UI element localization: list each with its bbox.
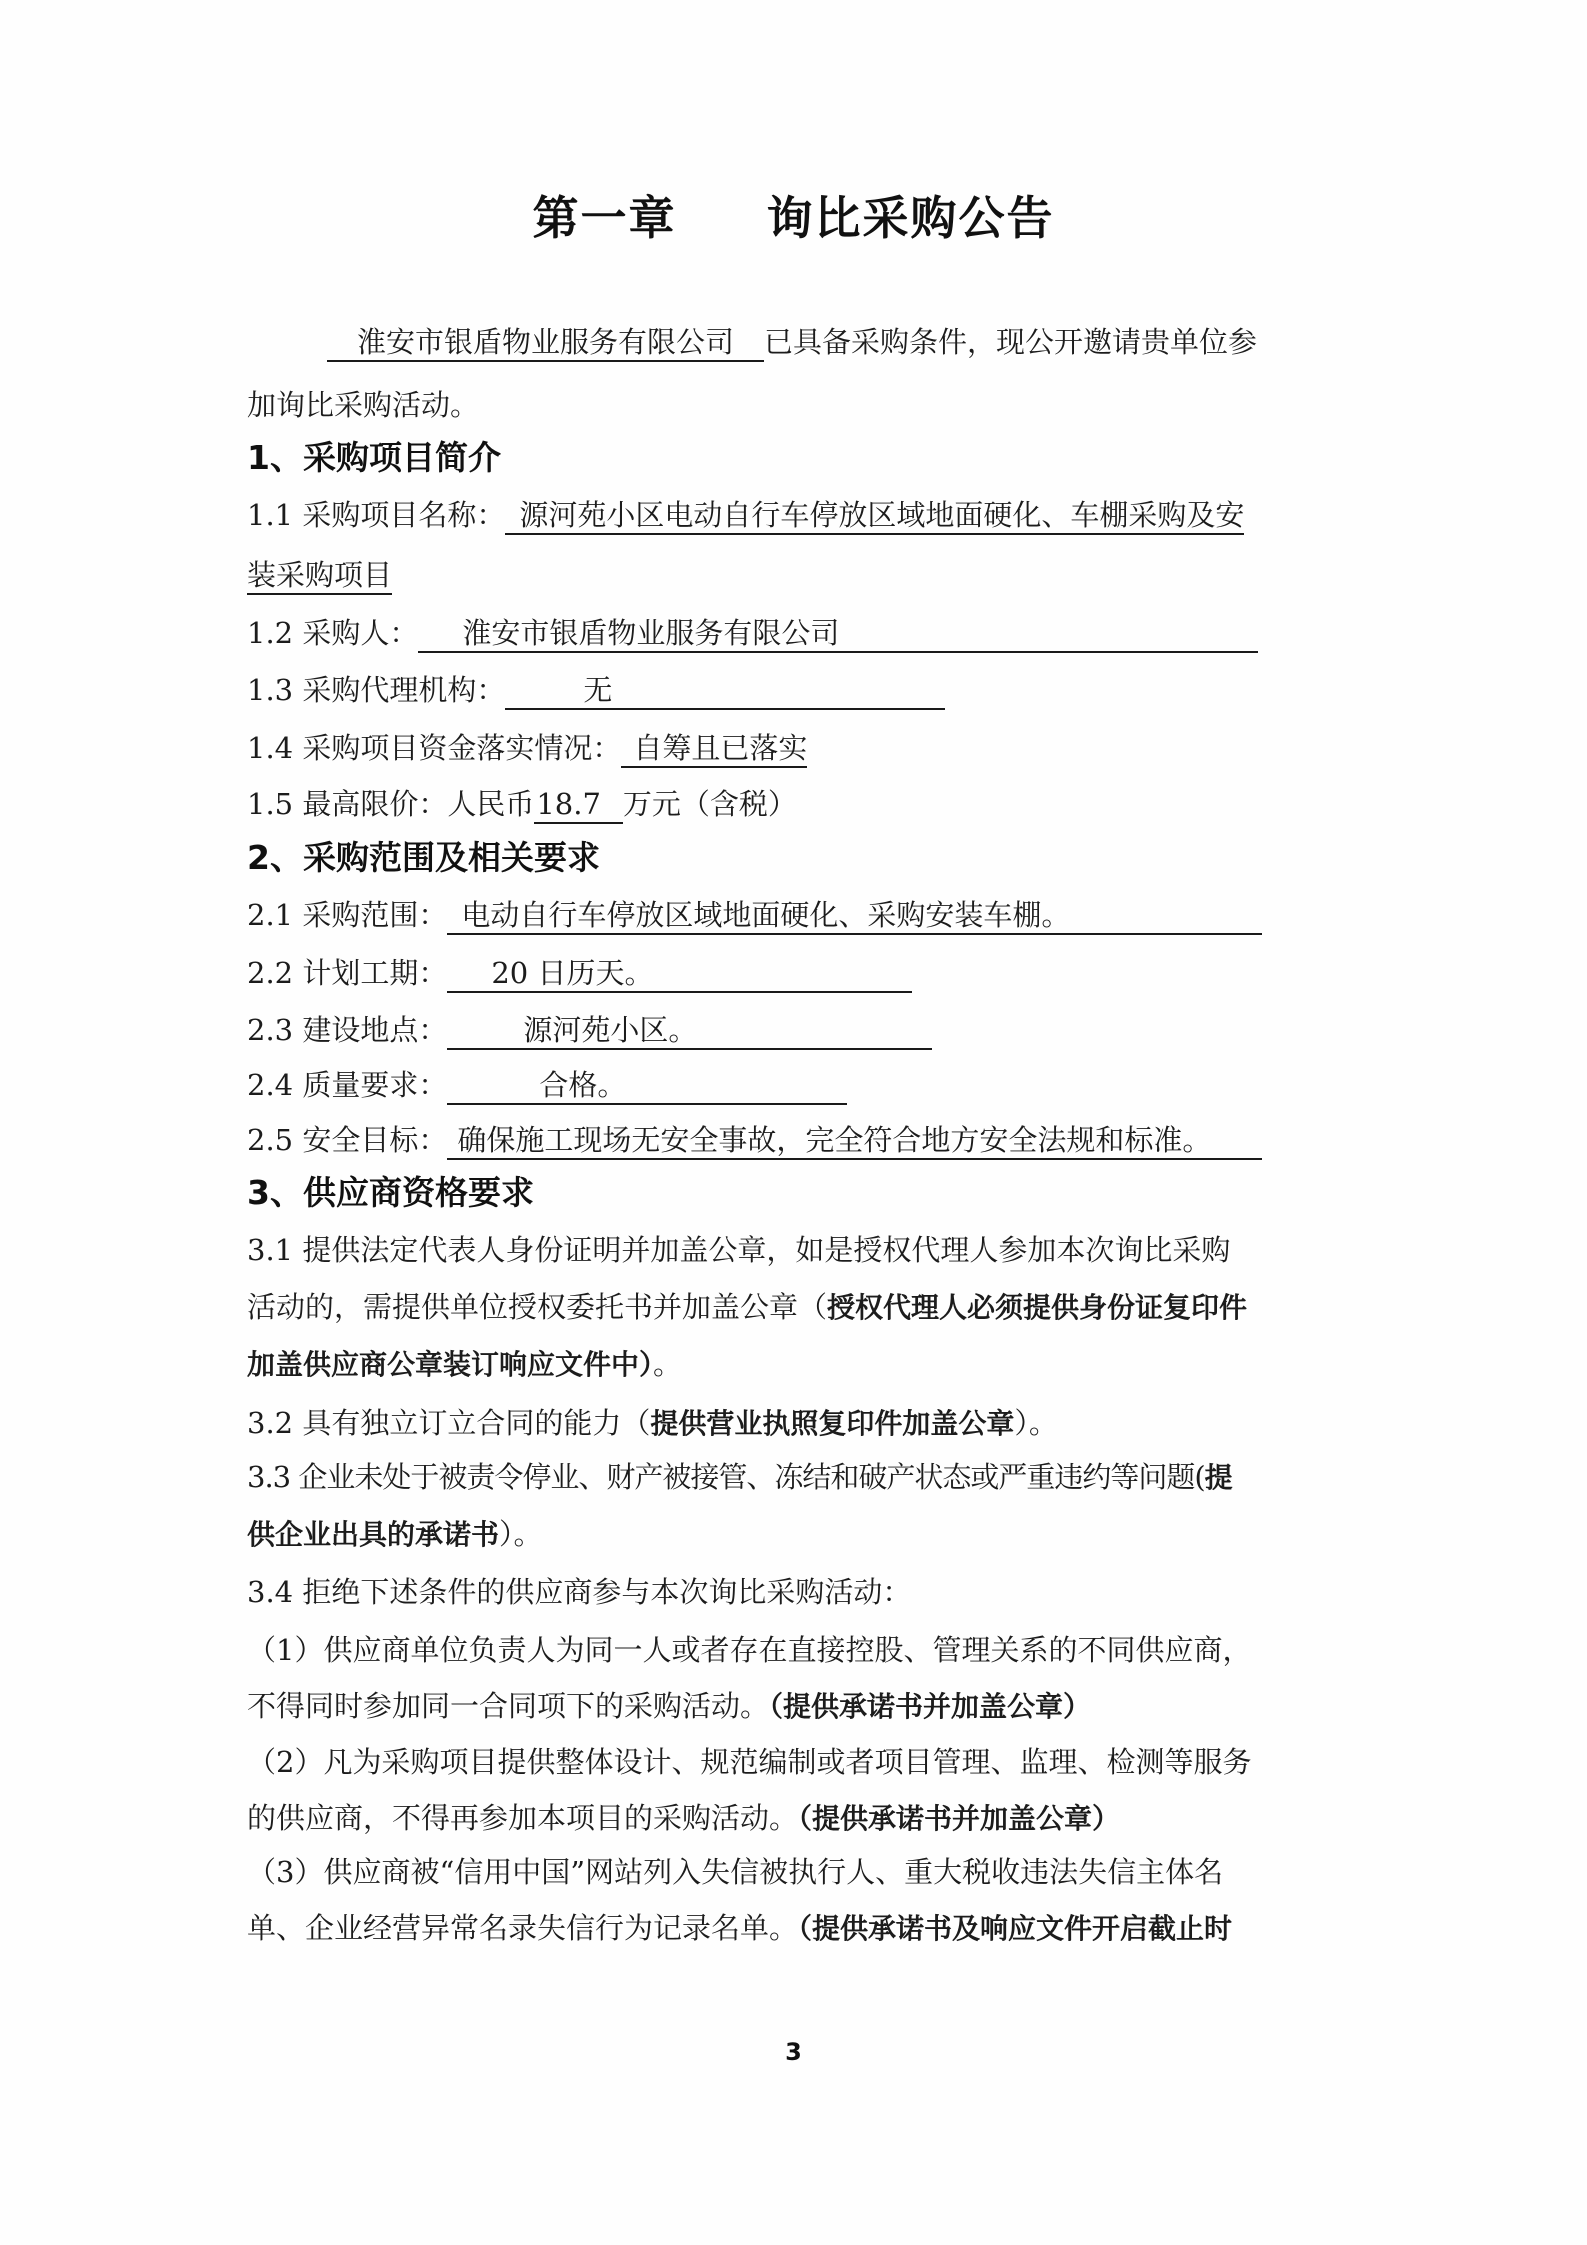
item-1-3: 1.3 采购代理机构：无 bbox=[247, 670, 1297, 710]
item-3-4-sub-2-line-2: 的供应商，不得再参加本项目的采购活动。（提供承诺书并加盖公章） bbox=[247, 1798, 1297, 1839]
sub-2-text: 的供应商，不得再参加本项目的采购活动。 bbox=[247, 1801, 798, 1835]
sub-3-bold: （提供承诺书及响应文件开启截止时 bbox=[798, 1912, 1232, 1945]
item-2-2-value: 20 日历天。 bbox=[447, 955, 912, 993]
section-3-heading: 3、供应商资格要求 bbox=[247, 1173, 1297, 1213]
item-3-2-bold: 提供营业执照复印件加盖公章 bbox=[650, 1407, 1014, 1440]
item-1-4-value: 自筹且已落实 bbox=[621, 730, 807, 768]
item-2-1-value: 电动自行车停放区域地面硬化、采购安装车棚。 bbox=[447, 897, 1262, 935]
item-1-1-label: 1.1 采购项目名称： bbox=[247, 498, 505, 532]
item-3-3-line-1: 3.3 企业未处于被责令停业、财产被接管、冻结和破产状态或严重违约等问题(提 bbox=[247, 1457, 1297, 1498]
item-2-3-label: 2.3 建设地点： bbox=[247, 1013, 447, 1047]
sub-1-text: 不得同时参加同一合同项下的采购活动。 bbox=[247, 1689, 769, 1723]
item-3-2: 3.2 具有独立订立合同的能力（提供营业执照复印件加盖公章）。 bbox=[247, 1403, 1297, 1444]
item-1-2-value: 淮安市银盾物业服务有限公司 bbox=[418, 615, 1258, 653]
item-1-5-suffix: 万元（含税） bbox=[623, 787, 797, 821]
item-1-4-label: 1.4 采购项目资金落实情况： bbox=[247, 731, 621, 765]
item-2-4-value: 合格。 bbox=[447, 1067, 847, 1105]
item-1-3-label: 1.3 采购代理机构： bbox=[247, 673, 505, 707]
item-1-4: 1.4 采购项目资金落实情况：自筹且已落实 bbox=[247, 728, 1297, 768]
item-1-5-value: 18.7 bbox=[534, 786, 623, 824]
item-3-1-line-3: 加盖供应商公章装订响应文件中）。 bbox=[247, 1344, 1297, 1385]
item-1-1-value-cont: 装采购项目 bbox=[247, 557, 392, 595]
item-1-2: 1.2 采购人：淮安市银盾物业服务有限公司 bbox=[247, 613, 1297, 653]
intro-line-2: 加询比采购活动。 bbox=[247, 385, 1297, 425]
item-3-1-bold-cont: 加盖供应商公章装订响应文件中） bbox=[247, 1348, 653, 1381]
intro-purchaser: 淮安市银盾物业服务有限公司 bbox=[327, 324, 764, 362]
item-3-1-line-2: 活动的，需提供单位授权委托书并加盖公章（授权代理人必须提供身份证复印件 bbox=[247, 1287, 1297, 1328]
item-2-2-label: 2.2 计划工期： bbox=[247, 956, 447, 990]
item-2-5-value: 确保施工现场无安全事故，完全符合地方安全法规和标准。 bbox=[447, 1122, 1262, 1160]
chapter-title: 第一章询比采购公告 bbox=[0, 182, 1587, 248]
intro-text-1: 已具备采购条件，现公开邀请贵单位参 bbox=[764, 325, 1257, 359]
item-1-2-label: 1.2 采购人： bbox=[247, 616, 418, 650]
intro-line-1: 淮安市银盾物业服务有限公司已具备采购条件，现公开邀请贵单位参 bbox=[327, 322, 1377, 362]
item-2-5: 2.5 安全目标：确保施工现场无安全事故，完全符合地方安全法规和标准。 bbox=[247, 1120, 1297, 1160]
section-1-heading: 1、采购项目简介 bbox=[247, 438, 1297, 478]
item-1-1: 1.1 采购项目名称：源河苑小区电动自行车停放区域地面硬化、车棚采购及安 bbox=[247, 495, 1297, 535]
item-2-3-value: 源河苑小区。 bbox=[447, 1012, 932, 1050]
item-3-1-text: 活动的，需提供单位授权委托书并加盖公章（ bbox=[247, 1290, 827, 1324]
item-2-4-label: 2.4 质量要求： bbox=[247, 1068, 447, 1102]
item-2-4: 2.4 质量要求：合格。 bbox=[247, 1065, 1297, 1105]
item-3-1-line-1: 3.1 提供法定代表人身份证明并加盖公章，如是授权代理人参加本次询比采购 bbox=[247, 1230, 1297, 1270]
item-2-2: 2.2 计划工期：20 日历天。 bbox=[247, 953, 1297, 993]
item-1-5: 1.5 最高限价：人民币18.7万元（含税） bbox=[247, 784, 1297, 824]
item-1-5-label: 1.5 最高限价：人民币 bbox=[247, 787, 534, 821]
chapter-name: 询比采购公告 bbox=[767, 191, 1055, 245]
item-2-5-label: 2.5 安全目标： bbox=[247, 1123, 447, 1157]
item-1-1-value: 源河苑小区电动自行车停放区域地面硬化、车棚采购及安 bbox=[505, 497, 1244, 535]
item-3-3-bold-cont: 供企业出具的承诺书 bbox=[247, 1518, 499, 1551]
item-1-1-cont: 装采购项目 bbox=[247, 555, 1297, 595]
item-3-3-bold: 提 bbox=[1205, 1461, 1232, 1494]
page-number: 3 bbox=[0, 2038, 1587, 2066]
item-2-1-label: 2.1 采购范围： bbox=[247, 898, 447, 932]
document-page: 第一章询比采购公告 淮安市银盾物业服务有限公司已具备采购条件，现公开邀请贵单位参… bbox=[0, 0, 1587, 2245]
item-3-3-line-2: 供企业出具的承诺书）。 bbox=[247, 1514, 1297, 1555]
chapter-number: 第一章 bbox=[533, 191, 677, 245]
item-3-3-text: 3.3 企业未处于被责令停业、财产被接管、冻结和破产状态或严重违约等问题( bbox=[247, 1460, 1205, 1494]
item-3-4-sub-3-line-2: 单、企业经营异常名录失信行为记录名单。（提供承诺书及响应文件开启截止时 bbox=[247, 1908, 1297, 1949]
sub-3-text: 单、企业经营异常名录失信行为记录名单。 bbox=[247, 1911, 798, 1945]
item-3-1-end: 。 bbox=[653, 1347, 682, 1381]
sub-1-bold: （提供承诺书并加盖公章） bbox=[769, 1690, 1091, 1723]
item-3-4-sub-3-line-1: （3）供应商被“信用中国”网站列入失信被执行人、重大税收违法失信主体名 bbox=[247, 1852, 1297, 1892]
item-2-3: 2.3 建设地点：源河苑小区。 bbox=[247, 1010, 1297, 1050]
item-3-4: 3.4 拒绝下述条件的供应商参与本次询比采购活动： bbox=[247, 1572, 1297, 1612]
sub-2-bold: （提供承诺书并加盖公章） bbox=[798, 1802, 1120, 1835]
section-2-heading: 2、采购范围及相关要求 bbox=[247, 838, 1297, 878]
item-3-4-sub-1-line-1: （1）供应商单位负责人为同一人或者存在直接控股、管理关系的不同供应商， bbox=[247, 1630, 1297, 1670]
item-3-4-sub-1-line-2: 不得同时参加同一合同项下的采购活动。（提供承诺书并加盖公章） bbox=[247, 1686, 1297, 1727]
item-3-3-end: ）。 bbox=[499, 1517, 543, 1551]
item-3-2-end: ）。 bbox=[1014, 1406, 1058, 1440]
item-3-4-sub-2-line-1: （2）凡为采购项目提供整体设计、规范编制或者项目管理、监理、检测等服务 bbox=[247, 1742, 1297, 1782]
item-2-1: 2.1 采购范围：电动自行车停放区域地面硬化、采购安装车棚。 bbox=[247, 895, 1297, 935]
item-3-2-text: 3.2 具有独立订立合同的能力（ bbox=[247, 1406, 650, 1440]
item-1-3-value: 无 bbox=[505, 672, 945, 710]
item-3-1-bold: 授权代理人必须提供身份证复印件 bbox=[827, 1291, 1247, 1324]
